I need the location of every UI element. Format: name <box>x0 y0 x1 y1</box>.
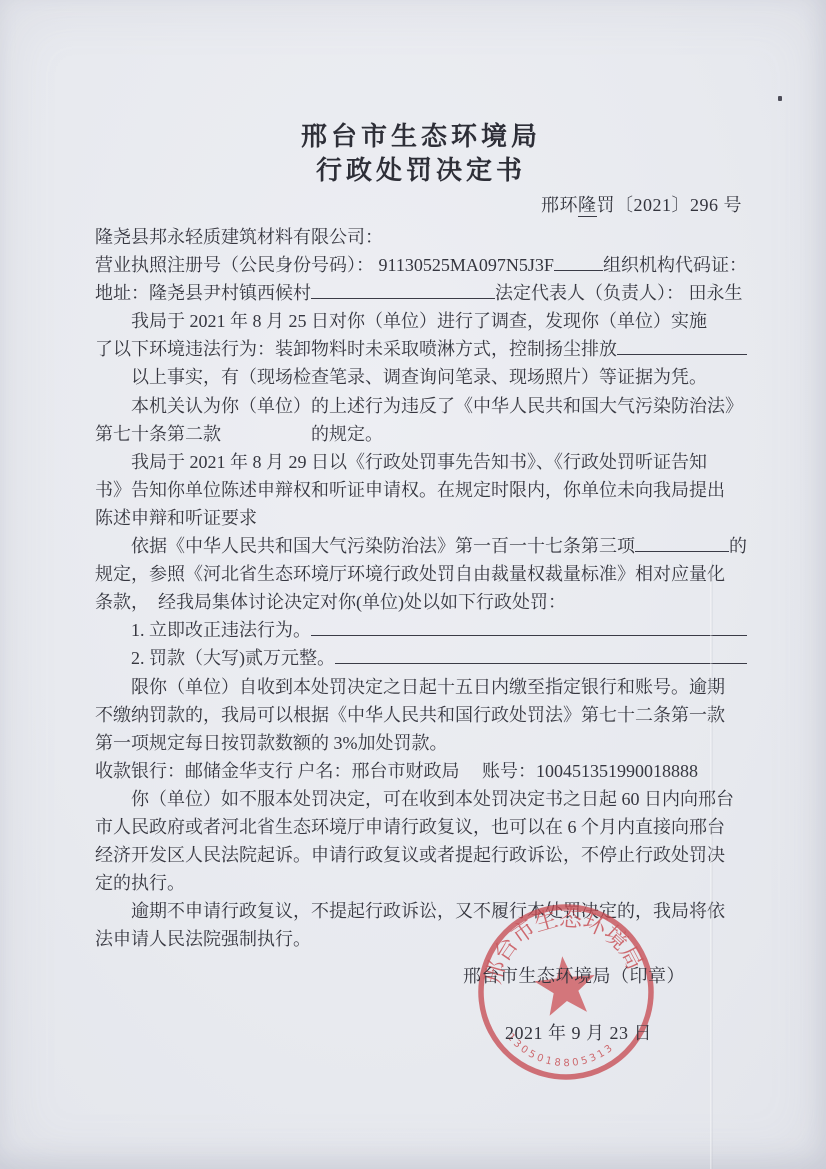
scan-speck <box>778 96 782 101</box>
document-number-underlined-char: 隆 <box>578 195 597 217</box>
scanned-document-page: 邢台市生态环境局 行政处罚决定书 邢环隆罚〔2021〕296 号 隆尧县邦永轻质… <box>0 0 826 1169</box>
underlined-text: 《行政处罚事先告知书》、《行政处罚听证告知 <box>347 448 707 476</box>
underlined-text: 1. 立即改正违法行为。 <box>131 616 311 644</box>
signature-date: 2021 年 9 月 23 日 <box>505 1019 652 1045</box>
underlined-text: 隆尧县尹村镇西候村 <box>149 279 311 307</box>
document-number: 邢环隆罚〔2021〕296 号 <box>541 191 742 217</box>
underlined-text: 2. 罚款（大写)贰万元整。 <box>131 644 335 672</box>
document-line: 了以下环境违法行为：装卸物料时未采取喷淋方式，控制扬尘排放 <box>95 335 747 363</box>
plain-text: 我局于 <box>95 448 185 476</box>
document-line: 本机关认为你（单位）的上述行为违反了《中华人民共和国大气污染防治法》 <box>95 392 747 420</box>
underlined-text: 书》 <box>95 476 131 504</box>
document-line: 市人民政府或者河北省生态环境厅申请行政复议，也可以在 6 个月内直接向邢台 <box>95 813 747 841</box>
document-line: 第一项规定每日按罚款数额的 3%加处罚款。 <box>95 729 747 757</box>
document-line: 限你（单位）自收到本处罚决定之日起十五日内缴至指定银行和账号。逾期 <box>95 673 747 701</box>
underlined-text: 29 <box>284 448 311 476</box>
signature-issuer: 邢台市生态环境局（印章） <box>463 962 685 988</box>
plain-text: 了以下环境违法行为： <box>95 335 275 363</box>
underlined-text: 25 <box>284 307 311 335</box>
plain-text: 日对你（单位）进行了调查，发现你（单位）实施 <box>311 307 707 335</box>
plain-text: 市人民政府或者河北省生态环境厅申请行政复议，也可以在 6 个月内直接向邢台 <box>95 813 725 841</box>
plain-text: 不缴纳罚款的，我局可以根据《中华人民共和国行政处罚法》第七十二条第一款 <box>95 701 725 729</box>
plain-text: 账号： <box>482 757 536 785</box>
document-line: 我局于 2021 年 8 月 25 日对你（单位）进行了调查，发现你（单位）实施 <box>95 307 747 335</box>
document-number-prefix: 邢环 <box>541 195 578 215</box>
plain-text: 营业执照注册号（公民身份号码）： <box>95 251 374 279</box>
official-seal: 邢台市生态环境局 1305018805313 <box>465 891 667 1093</box>
document-line: 条款， 经我局集体讨论决定对你(单位)处以如下行政处罚： <box>95 588 747 616</box>
plain-text: 条款， 经我局集体讨论决定对你(单位)处以如下行政处罚： <box>95 588 566 616</box>
plain-text: 的规定。 <box>311 420 383 448</box>
plain-text: 规定，参照 <box>95 560 185 588</box>
underlined-text: 田永生 <box>684 279 747 307</box>
plain-text: 第一项规定每日按罚款数额的 3%加处罚款。 <box>95 729 448 757</box>
plain-text: 地址： <box>95 279 149 307</box>
plain-text: 告知你单位陈述申辩权和听证申请权。 <box>131 476 437 504</box>
document-line: 地址：隆尧县尹村镇西候村法定代表人（负责人）： 田永生 <box>95 279 747 307</box>
plain-text: 本机关认为你（单位）的上述行为违反了 <box>95 392 455 420</box>
document-line: 不缴纳罚款的，我局可以根据《中华人民共和国行政处罚法》第七十二条第一款 <box>95 701 747 729</box>
underlined-text: 91130525MA097N5J3F <box>374 251 554 279</box>
plain-text: 限你（单位）自收到本处罚决定之日起十五日内缴至指定银行和账号。逾期 <box>95 673 725 701</box>
plain-text: 相对应量化 <box>635 560 725 588</box>
document-line: 隆尧县邦永轻质建筑材料有限公司： <box>95 223 747 251</box>
document-line: 规定，参照《河北省生态环境厅环境行政处罚自由裁量权裁量标准》相对应量化 <box>95 560 747 588</box>
underlined-text: 在规定时限内，你单位未向我局提出 <box>437 476 725 504</box>
underlined-text <box>617 354 747 355</box>
document-line: 陈述申辩和听证要求 <box>95 504 747 532</box>
underlined-text: （现场检查笔录、调查询问笔录、现场照片）等证据为凭。 <box>239 363 707 391</box>
document-line: 收款银行：邮储金华支行 户名：邢台市财政局 账号：100451351990018… <box>95 757 747 785</box>
plain-text: 定的执行。 <box>95 869 185 897</box>
underlined-text: 2021 <box>185 307 230 335</box>
underlined-text: 8 <box>248 307 266 335</box>
underlined-text <box>335 663 747 664</box>
document-line: 1. 立即改正违法行为。 <box>95 616 747 644</box>
document-line: 你（单位）如不服本处罚决定，可在收到本处罚决定书之日起 60 日内向邢台 <box>95 785 747 813</box>
issuing-authority-title: 邢台市生态环境局 <box>95 120 747 154</box>
underlined-text: 《中华人民共和国大气污染防治法》第一百一十七条第三项 <box>167 532 635 560</box>
plain-text: 月 <box>266 307 284 335</box>
document-title: 邢台市生态环境局 行政处罚决定书 <box>95 120 747 188</box>
plain-text: 经济开发区人民法院起诉。申请行政复议或者提起行政诉讼，不停止行政处罚决 <box>95 841 725 869</box>
document-line: 书》告知你单位陈述申辩权和听证申请权。在规定时限内，你单位未向我局提出 <box>95 476 747 504</box>
plain-text <box>95 616 131 644</box>
underlined-text: 《河北省生态环境厅环境行政处罚自由裁量权裁量标准》 <box>185 560 635 588</box>
document-line: 2. 罚款（大写)贰万元整。 <box>95 644 747 672</box>
underlined-text <box>311 635 747 636</box>
plain-text: 法申请人民法院强制执行。 <box>95 925 311 953</box>
document-line: 经济开发区人民法院起诉。申请行政复议或者提起行政诉讼，不停止行政处罚决 <box>95 841 747 869</box>
underlined-text <box>554 270 603 271</box>
plain-text: 依据 <box>95 532 167 560</box>
underlined-text: 100451351990018888 <box>536 757 703 785</box>
plain-text: 我局于 <box>95 307 185 335</box>
underlined-text: 邮储金华支行 <box>185 757 298 785</box>
plain-text <box>95 644 131 672</box>
underlined-text: 8 <box>248 448 266 476</box>
plain-text: 以上事实，有 <box>95 363 239 391</box>
underlined-text: 隆尧县邦永轻质建筑材料有限公司： <box>95 223 388 251</box>
underlined-text <box>635 551 729 552</box>
plain-text: 组织机构代码证： <box>603 251 747 279</box>
document-body: 隆尧县邦永轻质建筑材料有限公司： 营业执照注册号（公民身份号码）： 911305… <box>95 223 747 953</box>
document-line: 定的执行。 <box>95 869 747 897</box>
plain-text: 户名： <box>298 757 352 785</box>
document-line: 第七十条第二款 的规定。 <box>95 420 747 448</box>
underlined-text: 《中华人民共和国大气污染防治法》 <box>455 392 743 420</box>
document-line: 营业执照注册号（公民身份号码）： 91130525MA097N5J3F组织机构代… <box>95 251 747 279</box>
underlined-text: 邢台市财政局 <box>352 757 483 785</box>
document-line: 依据《中华人民共和国大气污染防治法》第一百一十七条第三项的 <box>95 532 747 560</box>
underlined-text: 陈述申辩和听证要求 <box>95 504 257 532</box>
plain-text: 法定代表人（负责人）： <box>495 279 684 307</box>
underlined-text <box>311 298 495 299</box>
plain-text: 你（单位）如不服本处罚决定，可在收到本处罚决定书之日起 60 日内向邢台 <box>95 785 734 813</box>
plain-text: 年 <box>230 448 248 476</box>
document-line: 我局于 2021 年 8 月 29 日以《行政处罚事先告知书》、《行政处罚听证告… <box>95 448 747 476</box>
underlined-text: 装卸物料时未采取喷淋方式，控制扬尘排放 <box>275 335 617 363</box>
plain-text: 收款银行： <box>95 757 185 785</box>
underlined-text: 2021 <box>185 448 230 476</box>
plain-text: 日以 <box>311 448 347 476</box>
underlined-text: 第七十条第二款 <box>95 420 311 448</box>
plain-text: 的 <box>729 532 747 560</box>
document-number-suffix: 罚〔2021〕296 号 <box>597 195 743 215</box>
plain-text: 月 <box>266 448 284 476</box>
document-type-title: 行政处罚决定书 <box>95 154 747 188</box>
document-line: 以上事实，有（现场检查笔录、调查询问笔录、现场照片）等证据为凭。 <box>95 363 747 391</box>
plain-text: 年 <box>230 307 248 335</box>
